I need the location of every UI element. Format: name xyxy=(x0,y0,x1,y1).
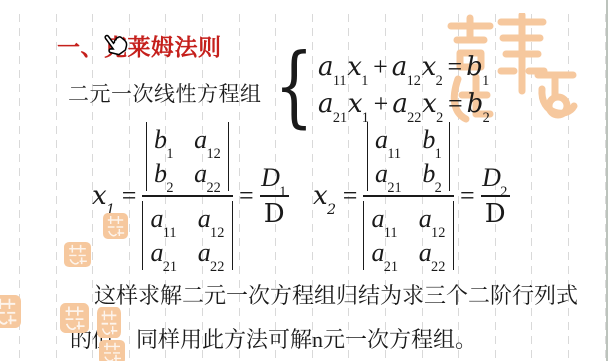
matrix-entry: a11 xyxy=(150,203,177,234)
matrix-entry: a22 xyxy=(194,158,221,189)
decorative-seal-small-icon xyxy=(64,242,91,272)
matrix-entry: b1 xyxy=(154,124,174,155)
matrix-entry: a12 xyxy=(198,203,225,234)
slide-right-edge xyxy=(606,0,608,361)
result-numerator: D2 xyxy=(482,163,508,193)
matrix-entry: a11 xyxy=(371,203,398,234)
left-brace: { xyxy=(274,51,313,121)
result-denominator: D xyxy=(481,199,510,229)
equation-system: { a11x1+a12x2=b1 a21x1+a22x2=b2 xyxy=(266,50,490,121)
background-guide-line xyxy=(19,14,20,361)
intro-text: 二元一次线性方程组 xyxy=(68,78,262,108)
equals-sign: = xyxy=(456,181,479,211)
equals-sign: = xyxy=(118,181,141,211)
matrix-entry: b1 xyxy=(422,124,442,155)
matrix-entry: b2 xyxy=(154,158,174,189)
equals-sign: = xyxy=(339,181,362,211)
determinant-x2-numerator: a11b1a21b2 xyxy=(367,122,450,191)
matrix-entry: a21 xyxy=(371,237,398,268)
formula-x1-lhs: x1 xyxy=(92,181,116,211)
slide-title[interactable]: 一、克莱姆法则 xyxy=(57,29,222,62)
matrix-entry: a12 xyxy=(194,124,221,155)
formula-x2: x2 = a11b1a21b2 a11a12a21a22 = D2 D xyxy=(313,120,512,272)
equals-sign: = xyxy=(235,181,258,211)
slide: 一、克莱姆法则 二元一次线性方程组 { a11x1+a12x2=b1 a21x1… xyxy=(0,0,611,361)
formula-x2-result: D2 D xyxy=(481,163,510,229)
formula-x1-fraction: b1a12b2a22 a11a12a21a22 xyxy=(142,120,233,272)
formula-x2-lhs: x2 xyxy=(313,181,337,211)
result-numerator: D1 xyxy=(261,163,287,193)
matrix-entry: a11 xyxy=(375,124,402,155)
determinant-x1-denominator: a11a12a21a22 xyxy=(142,201,233,270)
background-guide-line xyxy=(56,14,57,361)
matrix-entry: b2 xyxy=(422,158,442,189)
equation-line-1: a11x1+a12x2=b1 xyxy=(318,50,490,84)
matrix-entry: a22 xyxy=(419,237,446,268)
formula-x2-fraction: a11b1a21b2 a11a12a21a22 xyxy=(363,120,454,272)
matrix-entry: a21 xyxy=(150,237,177,268)
equation-line-2: a21x1+a22x2=b2 xyxy=(318,87,490,121)
closing-paragraph: 这样求解二元一次方程组归结为求三个二阶行列式 的值。同样用此方法可解n元一次方程… xyxy=(70,274,585,361)
matrix-entry: a22 xyxy=(198,237,225,268)
matrix-entry: a12 xyxy=(419,203,446,234)
paragraph-line-1: 这样求解二元一次方程组归结为求三个二阶行列式 xyxy=(70,274,585,318)
formula-x1: x1 = b1a12b2a22 a11a12a21a22 = D1 D xyxy=(92,120,291,272)
paragraph-line-2: 的值。同样用此方法可解n元一次方程组。 xyxy=(70,318,585,361)
decorative-seal-small-icon xyxy=(0,295,21,333)
result-denominator: D xyxy=(260,199,289,229)
determinant-x2-denominator: a11a12a21a22 xyxy=(363,201,454,270)
determinant-x1-numerator: b1a12b2a22 xyxy=(146,122,229,191)
formula-x1-result: D1 D xyxy=(260,163,289,229)
matrix-entry: a21 xyxy=(375,158,402,189)
